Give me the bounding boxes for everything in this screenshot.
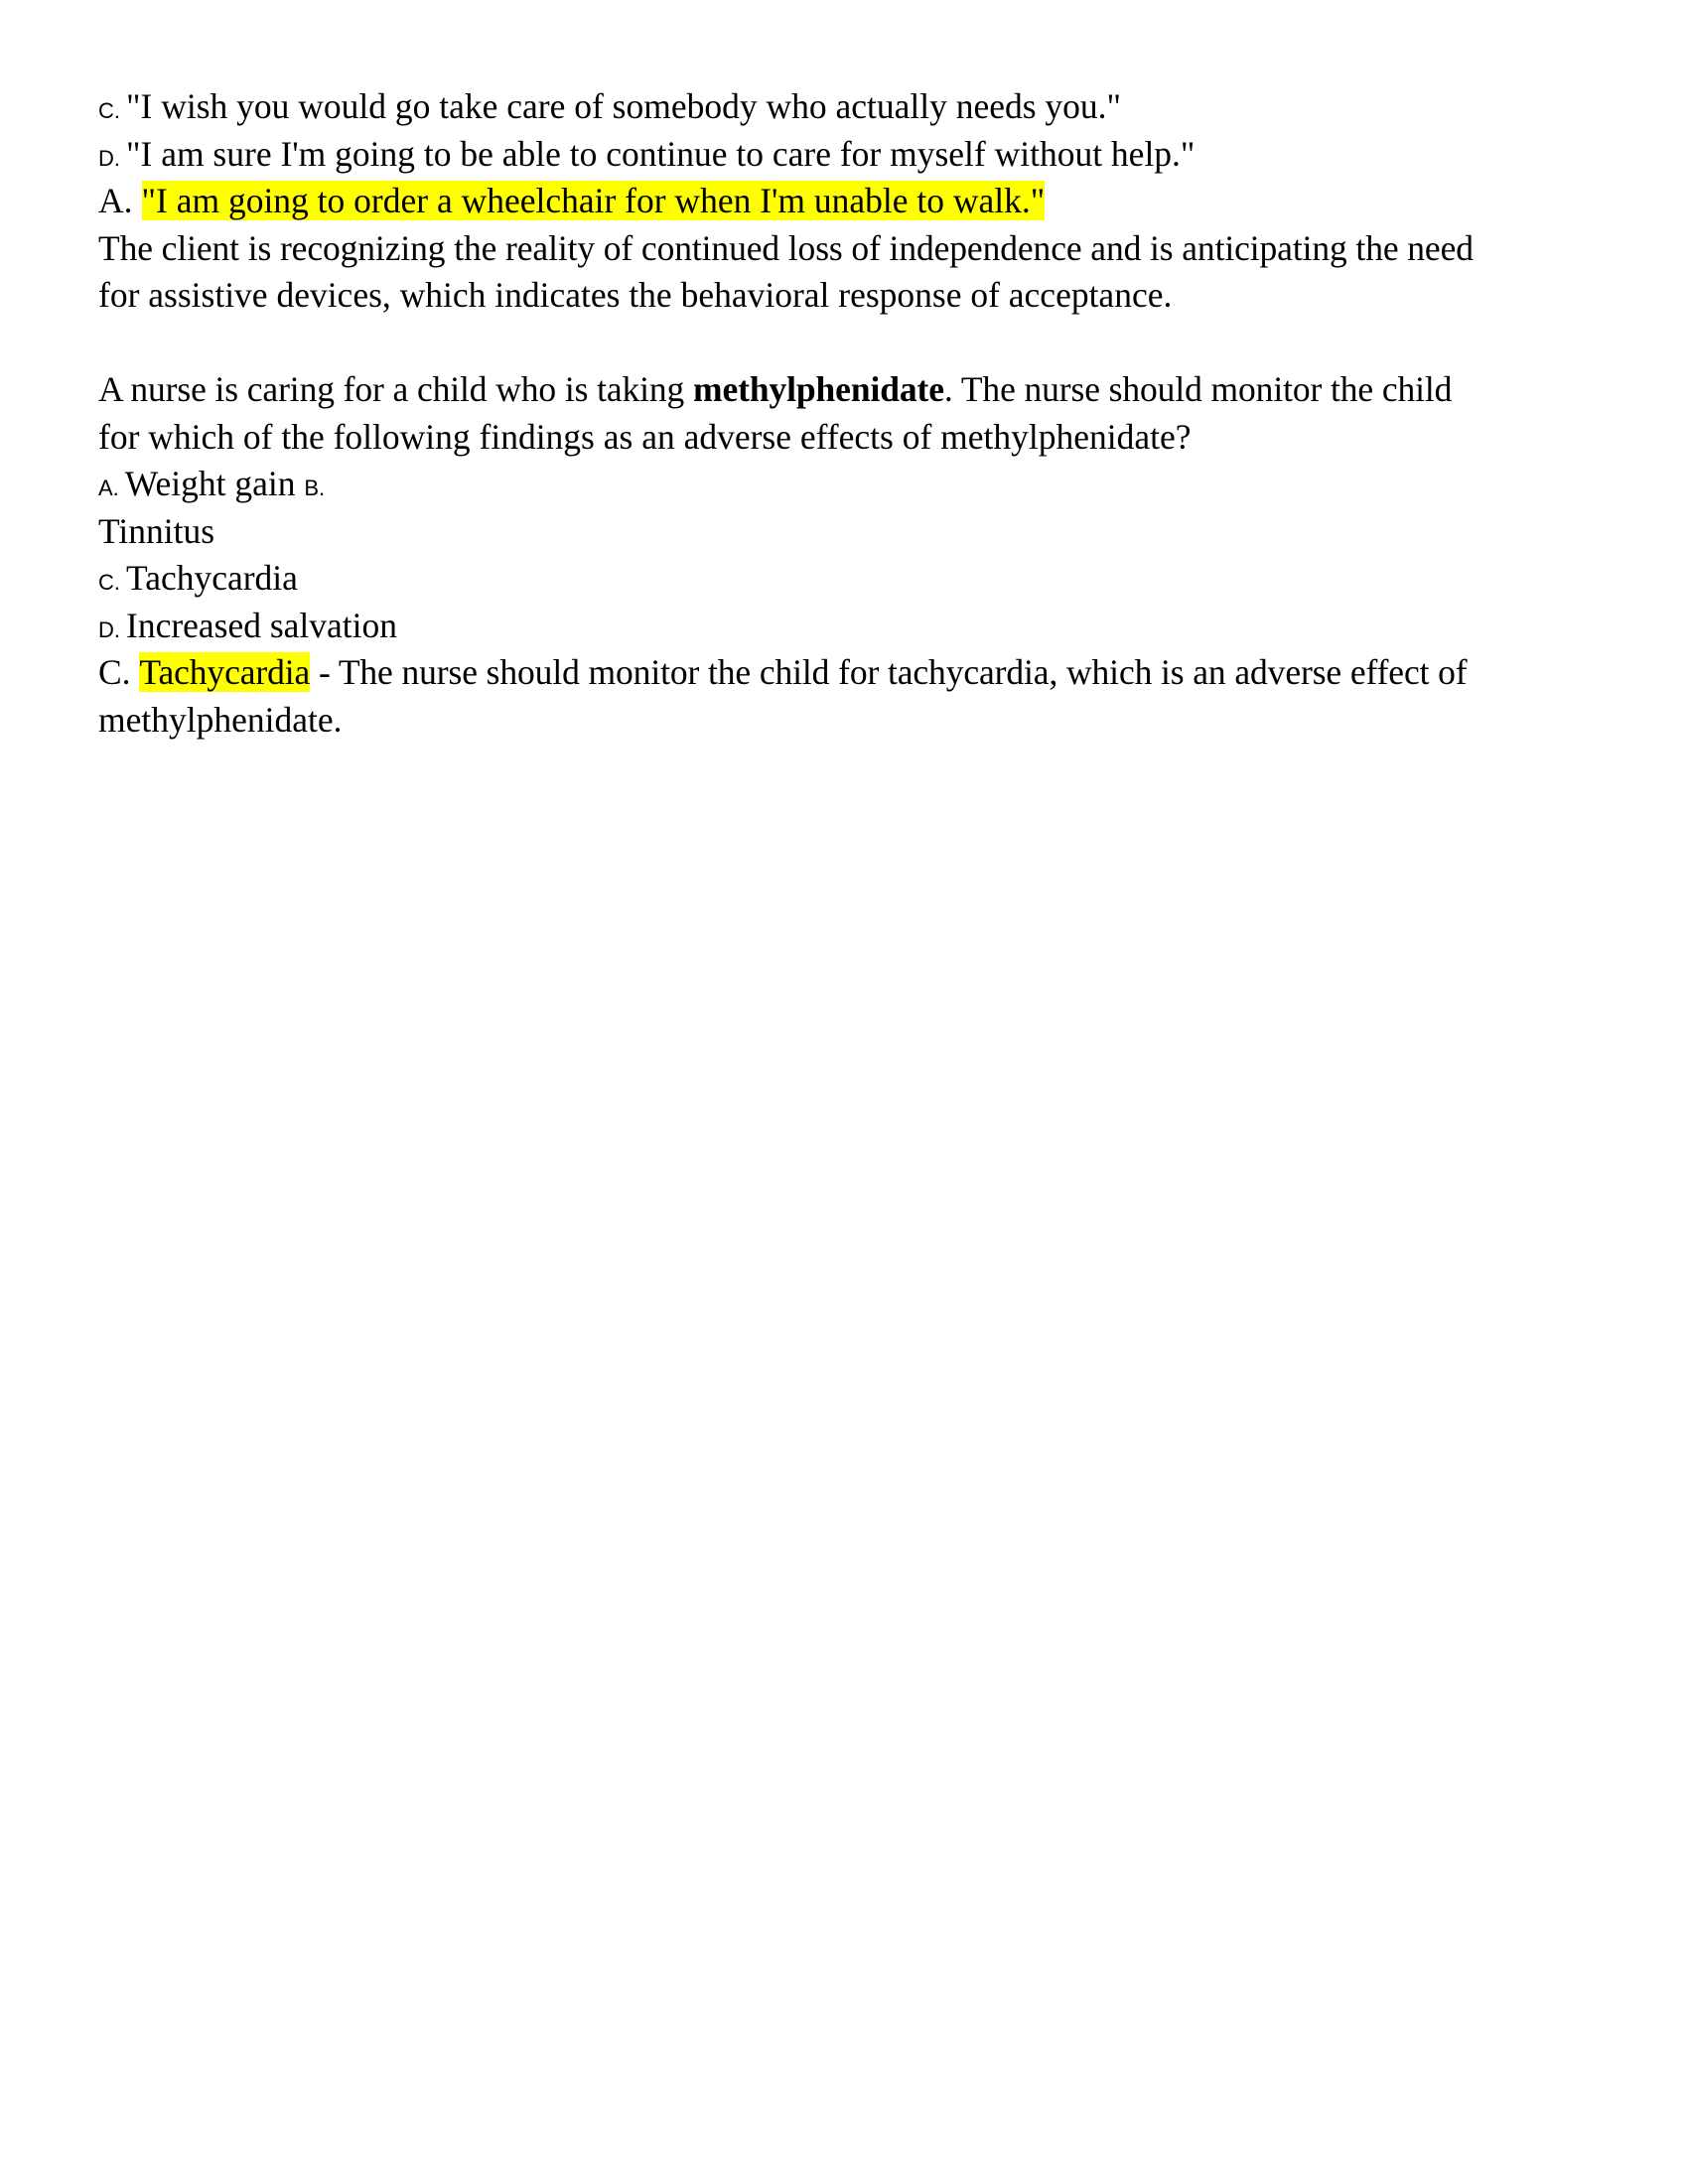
- q2-option-d: D.Increased salvation: [98, 603, 1608, 650]
- answer-label: C.: [98, 652, 130, 692]
- document-page: C."I wish you would go take care of some…: [98, 83, 1608, 744]
- option-text: "I am sure I'm going to be able to conti…: [126, 134, 1195, 174]
- q2-option-a: A.Weight gain B.: [98, 461, 1608, 508]
- option-label: A.: [98, 476, 119, 500]
- q2-option-c: C.Tachycardia: [98, 555, 1608, 603]
- rationale-text: - The nurse should monitor the child for…: [310, 652, 1467, 692]
- q2-option-b: Tinnitus: [98, 508, 1608, 556]
- q2-answer: C.Tachycardia - The nurse should monitor…: [98, 649, 1608, 697]
- option-label: C.: [98, 570, 120, 595]
- option-label: D.: [98, 617, 120, 642]
- q1-option-c: C."I wish you would go take care of some…: [98, 83, 1608, 131]
- option-text: Tachycardia: [126, 558, 298, 598]
- answer-highlight: "I am going to order a wheelchair for wh…: [142, 181, 1046, 220]
- q1-rationale-line-2: for assistive devices, which indicates t…: [98, 272, 1608, 320]
- option-label: D.: [98, 146, 120, 171]
- q2-rationale-line-2: methylphenidate.: [98, 697, 1608, 745]
- q1-rationale-line-1: The client is recognizing the reality of…: [98, 225, 1608, 273]
- option-text: "I wish you would go take care of somebo…: [126, 86, 1121, 126]
- q1-answer: A."I am going to order a wheelchair for …: [98, 178, 1608, 225]
- stem-text: A nurse is caring for a child who is tak…: [98, 369, 693, 409]
- q2-stem-line-1: A nurse is caring for a child who is tak…: [98, 366, 1608, 414]
- option-text: Tinnitus: [98, 511, 214, 551]
- option-label: B.: [304, 476, 325, 500]
- spacer: [98, 320, 1608, 367]
- option-label: C.: [98, 98, 120, 123]
- option-text: Increased salvation: [126, 606, 397, 645]
- option-text: Weight gain: [125, 464, 296, 503]
- stem-text: . The nurse should monitor the child: [944, 369, 1452, 409]
- q2-stem-line-2: for which of the following findings as a…: [98, 414, 1608, 462]
- answer-highlight: Tachycardia: [139, 652, 310, 692]
- q1-option-d: D."I am sure I'm going to be able to con…: [98, 131, 1608, 179]
- answer-label: A.: [98, 181, 133, 220]
- drug-name: methylphenidate: [693, 369, 944, 409]
